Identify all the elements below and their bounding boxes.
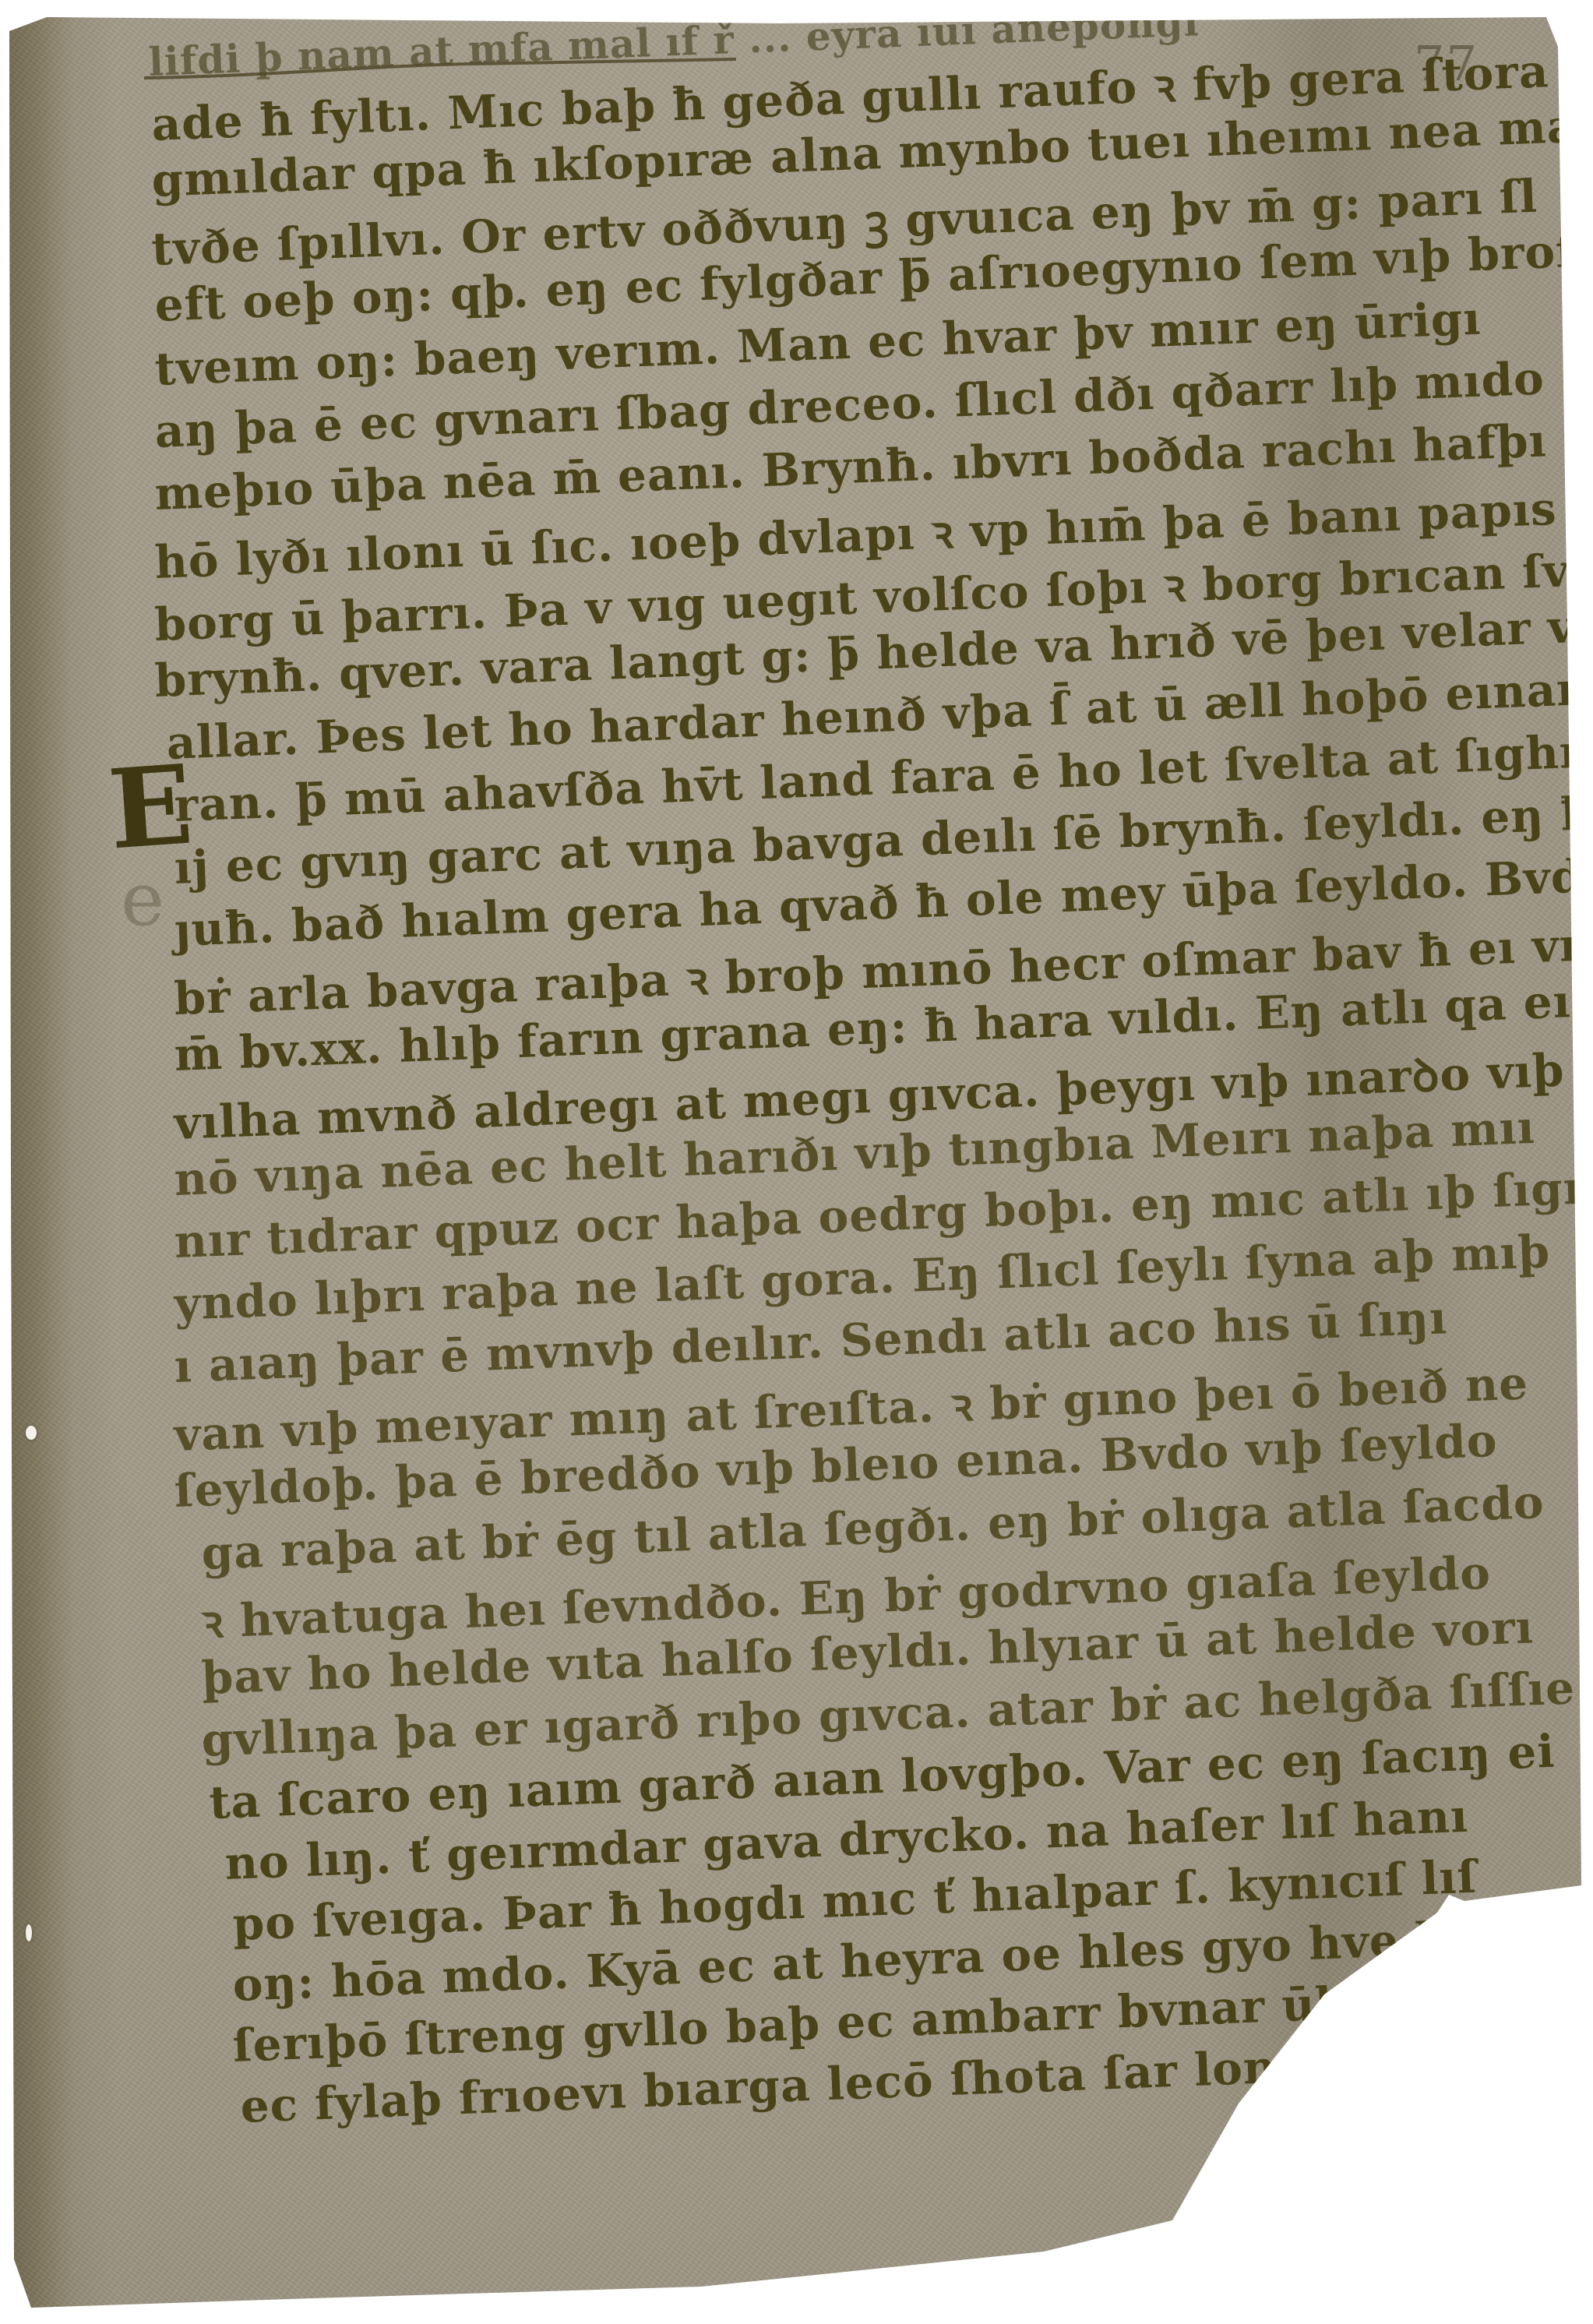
manuscript-text: lifdi þ nam at mfa mal ıf ř ... eyra ıuı… bbox=[0, 0, 1593, 2324]
parchment-page: 77 E e lifdi þ nam at mfa mal ıf ř ... e… bbox=[0, 0, 1593, 2324]
